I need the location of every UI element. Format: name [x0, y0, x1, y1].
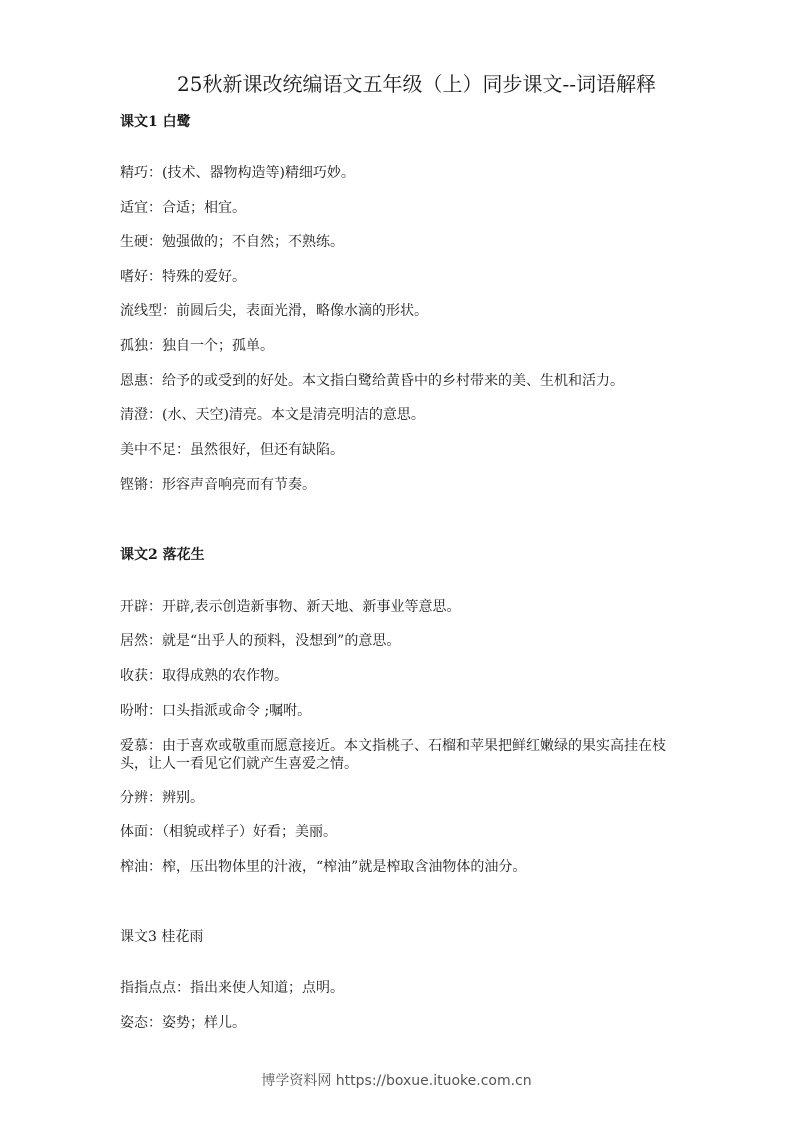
definition-entry: 嗜好：特殊的爱好。 — [120, 268, 680, 286]
definition-entry: 精巧：(技术、器物构造等)精细巧妙。 — [120, 164, 680, 182]
definition-entry: 清澄：(水、天空)清亮。本文是清亮明洁的意思。 — [120, 406, 680, 424]
definition-entry: 指指点点：指出来使人知道；点明。 — [120, 979, 680, 997]
lesson-heading: 课文3 桂花雨 — [120, 927, 203, 947]
lesson-heading: 课文2 落花生 — [120, 545, 205, 565]
definition-entry: 恩惠：给予的或受到的好处。本文指白鹭给黄昏中的乡村带来的美、生机和活力。 — [120, 372, 680, 390]
footer-watermark: 博学资料网 https://boxue.ituoke.com.cn — [0, 1070, 793, 1090]
definition-entry: 姿态：姿势；样儿。 — [120, 1014, 680, 1032]
definition-entry: 美中不足：虽然很好，但还有缺陷。 — [120, 441, 680, 459]
definition-entry: 榨油：榨，压出物体里的汁液，“榨油”就是榨取含油物体的油分。 — [120, 858, 680, 876]
definition-entry: 体面：（相貌或样子）好看；美丽。 — [120, 823, 680, 841]
definition-entry: 分辨：辨别。 — [120, 789, 680, 807]
definition-entry: 开辟：开辟,表示创造新事物、新天地、新事业等意思。 — [120, 598, 680, 616]
definition-entry: 孤独：独自一个；孤单。 — [120, 337, 680, 355]
definition-entry: 居然：就是“出乎人的预料，没想到”的意思。 — [120, 632, 680, 650]
definition-entry: 铿锵：形容声音响亮而有节奏。 — [120, 476, 680, 494]
definition-entry: 适宜：合适；相宜。 — [120, 199, 680, 217]
definition-entry: 生硬：勉强做的；不自然；不熟练。 — [120, 233, 680, 251]
definition-entry: 收获：取得成熟的农作物。 — [120, 667, 680, 685]
lesson-heading: 课文1 白鹭 — [120, 112, 191, 132]
page-title: 25秋新课改统编语文五年级（上）同步课文--词语解释 — [0, 70, 793, 98]
definition-entry: 流线型：前圆后尖，表面光滑，略像水滴的形状。 — [120, 302, 680, 320]
definition-entry: 吩咐：口头指派或命令 ;嘱咐。 — [120, 702, 680, 720]
definition-entry: 爱慕：由于喜欢或敬重而愿意接近。本文指桃子、石榴和苹果把鲜红嫩绿的果实高挂在枝头… — [120, 737, 680, 773]
